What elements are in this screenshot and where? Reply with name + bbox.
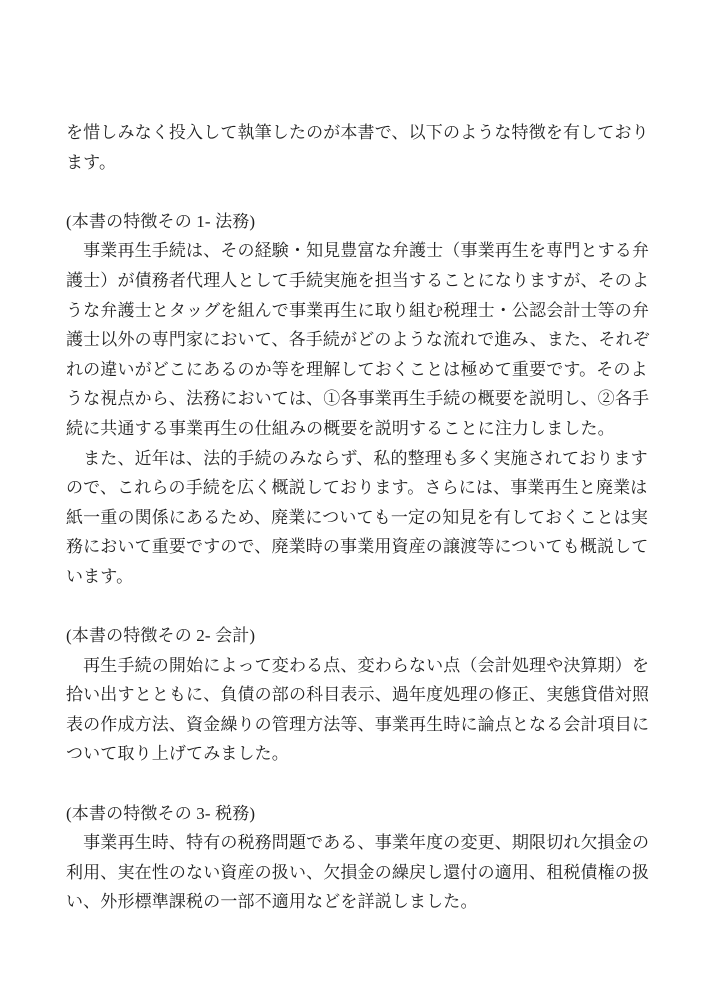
text-line: 事業再生手続は、その経験・知見豊富な弁護士（事業再生を専門とする弁: [66, 236, 656, 266]
text-line: また、近年は、法的手続のみならず、私的整理も多く実施されております: [66, 444, 656, 474]
text-line: 護士）が債務者代理人として手続実施を担当することになりますが、そのよ: [66, 266, 656, 296]
text-line: 事業再生時、特有の税務問題である、事業年度の変更、期限切れ欠損金の: [66, 828, 656, 858]
text-line: 拾い出すとともに、負債の部の科目表示、過年度処理の修正、実態貸借対照: [66, 680, 656, 710]
blank-line: [66, 592, 656, 622]
text-line: 務において重要ですので、廃業時の事業用資産の譲渡等についても概説して: [66, 532, 656, 562]
text-line: 紙一重の関係にあるため、廃業についても一定の知見を有しておくことは実: [66, 503, 656, 533]
text-block: を惜しみなく投入して執筆したのが本書で、以下のような特徴を有しております。 (本…: [66, 118, 656, 917]
text-line: れの違いがどこにあるのか等を理解しておくことは極めて重要です。そのよ: [66, 355, 656, 385]
text-line: うな視点から、法務においては、①各事業再生手続の概要を説明し、②各手: [66, 384, 656, 414]
text-line: ので、これらの手続を広く概説しております。さらには、事業再生と廃業は: [66, 473, 656, 503]
text-line: い、外形標準課税の一部不適用などを詳説しました。: [66, 887, 656, 917]
text-line: ついて取り上げてみました。: [66, 739, 656, 769]
text-line: 表の作成方法、資金繰りの管理方法等、事業再生時に論点となる会計項目に: [66, 710, 656, 740]
text-line: 再生手続の開始によって変わる点、変わらない点（会計処理や決算期）を: [66, 651, 656, 681]
text-line: います。: [66, 562, 656, 592]
text-line: ます。: [66, 148, 656, 178]
text-line: 護士以外の専門家において、各手続がどのような流れで進み、また、それぞ: [66, 325, 656, 355]
document-page: を惜しみなく投入して執筆したのが本書で、以下のような特徴を有しております。 (本…: [0, 0, 704, 1000]
text-line: 続に共通する事業再生の仕組みの概要を説明することに注力しました。: [66, 414, 656, 444]
section-heading: (本書の特徴その 2- 会計): [66, 621, 656, 651]
text-line: を惜しみなく投入して執筆したのが本書で、以下のような特徴を有しており: [66, 118, 656, 148]
section-heading: (本書の特徴その 3- 税務): [66, 799, 656, 829]
blank-line: [66, 769, 656, 799]
text-line: うな弁護士とタッグを組んで事業再生に取り組む税理士・公認会計士等の弁: [66, 296, 656, 326]
blank-line: [66, 177, 656, 207]
section-heading: (本書の特徴その 1- 法務): [66, 207, 656, 237]
text-line: 利用、実在性のない資産の扱い、欠損金の繰戻し還付の適用、租税債権の扱: [66, 858, 656, 888]
